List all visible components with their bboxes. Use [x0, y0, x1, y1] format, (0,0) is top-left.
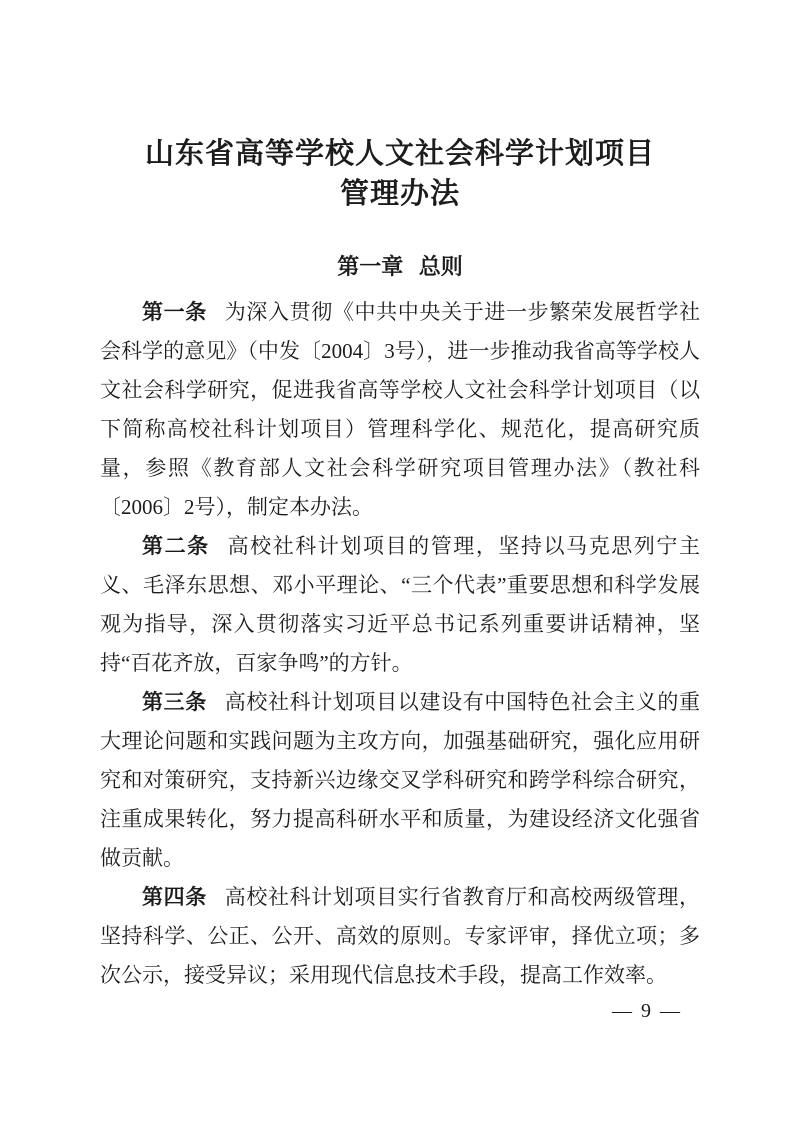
article-paragraph-2: 第二条高校社科计划项目的管理，坚持以马克思列宁主义、毛泽东思想、邓小平理论、“三… [100, 527, 700, 683]
article-text-1: 为深入贯彻《中共中央关于进一步繁荣发展哲学社会科学的意见》（中发〔2004〕3号… [100, 300, 700, 519]
document-title-line1: 山东省高等学校人文社会科学计划项目 [100, 134, 700, 174]
article-paragraph-4: 第四条高校社科计划项目实行省教育厅和高校两级管理，坚持科学、公正、公开、高效的原… [100, 878, 700, 995]
page-number-text: — 9 — [612, 1000, 682, 1022]
chapter-label: 第一章 [337, 254, 403, 279]
chapter-title: 总则 [419, 254, 463, 279]
document-body: 第一条为深入贯彻《中共中央关于进一步繁荣发展哲学社会科学的意见》（中发〔2004… [100, 293, 700, 995]
document-title-line2: 管理办法 [100, 174, 700, 214]
article-text-3: 高校社科计划项目以建设有中国特色社会主义的重大理论问题和实践问题为主攻方向，加强… [100, 690, 700, 870]
document-page: 山东省高等学校人文社会科学计划项目 管理办法 第一章总则 第一条为深入贯彻《中共… [0, 0, 800, 1131]
article-label-2: 第二条 [142, 534, 210, 558]
document-title: 山东省高等学校人文社会科学计划项目 管理办法 [100, 134, 700, 214]
chapter-heading: 第一章总则 [100, 254, 700, 280]
article-label-4: 第四条 [142, 885, 207, 909]
article-paragraph-1: 第一条为深入贯彻《中共中央关于进一步繁荣发展哲学社会科学的意见》（中发〔2004… [100, 293, 700, 527]
article-label-3: 第三条 [142, 690, 207, 714]
page-number: — 9 — [100, 1000, 700, 1023]
article-label-1: 第一条 [142, 300, 207, 324]
article-paragraph-3: 第三条高校社科计划项目以建设有中国特色社会主义的重大理论问题和实践问题为主攻方向… [100, 683, 700, 878]
